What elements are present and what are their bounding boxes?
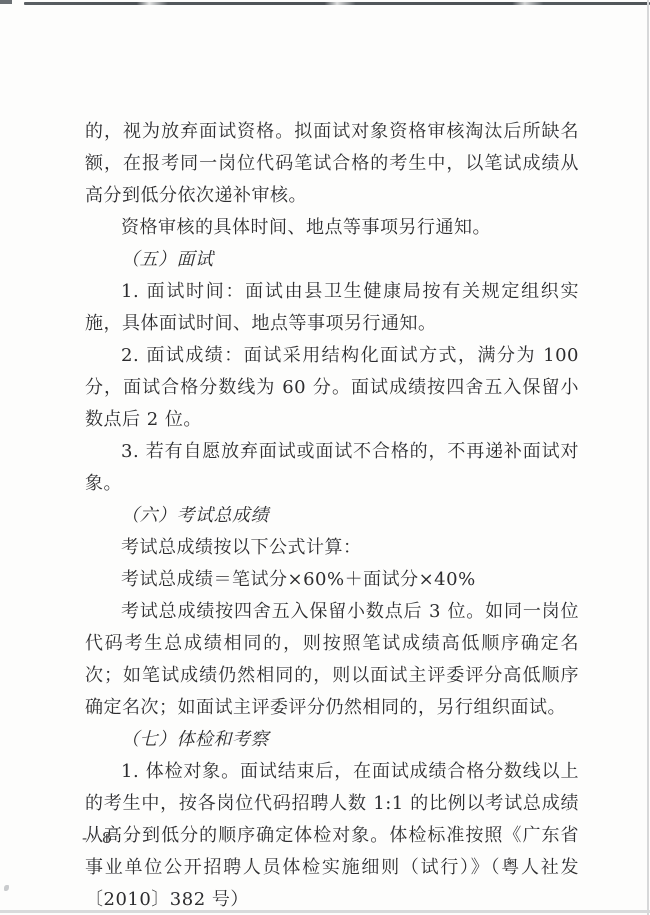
- paragraph-interview-score: 2. 面试成绩：面试采用结构化面试方式，满分为 100 分，面试合格分数线为 6…: [85, 340, 579, 436]
- paragraph: 资格审核的具体时间、地点等事项另行通知。: [85, 212, 579, 244]
- page-number: - 8 -: [82, 829, 136, 847]
- scan-top-edge-artifact: [24, 2, 650, 5]
- scan-noise-speck: [4, 885, 9, 891]
- paragraph-formula-intro: 考试总成绩按以下公式计算：: [85, 532, 579, 564]
- scan-top-left-corner-artifact: [0, 0, 12, 4]
- document-body-text: 的，视为放弃面试资格。拟面试对象资格审核淘汰后所缺名额，在报考同一岗位代码笔试合…: [85, 116, 579, 915]
- section-heading-6-total-score: （六）考试总成绩: [85, 500, 579, 532]
- paragraph-tiebreaker-rules: 考试总成绩按四舍五入保留小数点后 3 位。如同一岗位代码考生总成绩相同的，则按照…: [85, 596, 579, 724]
- paragraph-interview-forfeit: 3. 若有自愿放弃面试或面试不合格的，不再递补面试对象。: [85, 436, 579, 500]
- paragraph-continuation: 的，视为放弃面试资格。拟面试对象资格审核淘汰后所缺名额，在报考同一岗位代码笔试合…: [85, 116, 579, 212]
- section-heading-5-interview: （五）面试: [85, 244, 579, 276]
- paragraph-physical-exam-targets: 1. 体检对象。面试结束后，在面试成绩合格分数线以上的考生中，按各岗位代码招聘人…: [85, 756, 579, 915]
- paragraph-score-formula: 考试总成绩＝笔试分×60%＋面试分×40%: [85, 564, 579, 596]
- document-page: 的，视为放弃面试资格。拟面试对象资格审核淘汰后所缺名额，在报考同一岗位代码笔试合…: [0, 0, 650, 915]
- paragraph-interview-time: 1. 面试时间：面试由县卫生健康局按有关规定组织实施，具体面试时间、地点等事项另…: [85, 276, 579, 340]
- scan-right-edge-shadow: [647, 0, 649, 915]
- section-heading-7-physical-exam: （七）体检和考察: [85, 724, 579, 756]
